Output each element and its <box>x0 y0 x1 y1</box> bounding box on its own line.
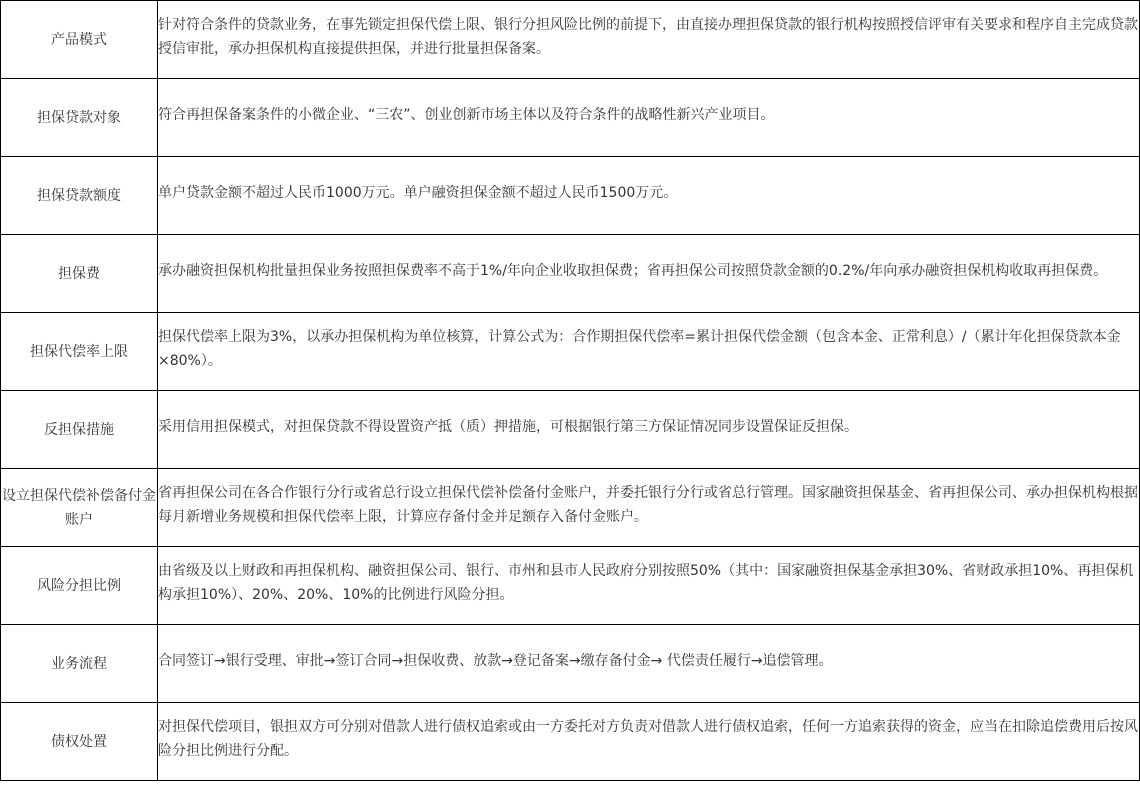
row-label: 担保费 <box>1 235 158 313</box>
row-content-text: 担保代偿率上限为3%，以承办担保机构为单位核算，计算公式为：合作期担保代偿率=累… <box>158 325 1139 379</box>
row-content: 针对符合条件的贷款业务，在事先锁定担保代偿上限、银行分担风险比例的前提下，由直接… <box>158 1 1140 79</box>
row-content-text: 采用信用担保模式，对担保贷款不得设置资产抵（质）押措施，可根据银行第三方保证情况… <box>158 415 1139 445</box>
row-content: 承办融资担保机构批量担保业务按照担保费率不高于1%/年向企业收取担保费；省再担保… <box>158 235 1140 313</box>
row-content-text: 单户贷款金额不超过人民币1000万元。单户融资担保金额不超过人民币1500万元。 <box>158 181 1139 211</box>
row-content: 担保代偿率上限为3%，以承办担保机构为单位核算，计算公式为：合作期担保代偿率=累… <box>158 313 1140 391</box>
row-content: 合同签订→银行受理、审批→签订合同→担保收费、放款→登记备案→缴存备付金→ 代偿… <box>158 625 1140 703</box>
row-content: 由省级及以上财政和再担保机构、融资担保公司、银行、市州和县市人民政府分别按照50… <box>158 547 1140 625</box>
row-content: 省再担保公司在各合作银行分行或省总行设立担保代偿补偿备付金账户，并委托银行分行或… <box>158 469 1140 547</box>
row-label: 担保贷款额度 <box>1 157 158 235</box>
row-content-text: 符合再担保备案条件的小微企业、“三农”、创业创新市场主体以及符合条件的战略性新兴… <box>158 103 1139 133</box>
row-content-text: 合同签订→银行受理、审批→签订合同→担保收费、放款→登记备案→缴存备付金→ 代偿… <box>158 649 1139 679</box>
row-content: 符合再担保备案条件的小微企业、“三农”、创业创新市场主体以及符合条件的战略性新兴… <box>158 79 1140 157</box>
row-content: 采用信用担保模式，对担保贷款不得设置资产抵（质）押措施，可根据银行第三方保证情况… <box>158 391 1140 469</box>
row-label: 反担保措施 <box>1 391 158 469</box>
row-label: 债权处置 <box>1 703 158 781</box>
row-content: 单户贷款金额不超过人民币1000万元。单户融资担保金额不超过人民币1500万元。 <box>158 157 1140 235</box>
table-row-loan-amount: 担保贷款额度 单户贷款金额不超过人民币1000万元。单户融资担保金额不超过人民币… <box>1 157 1140 235</box>
row-content-text: 省再担保公司在各合作银行分行或省总行设立担保代偿补偿备付金账户，并委托银行分行或… <box>158 481 1139 535</box>
row-content-text: 对担保代偿项目，银担双方可分别对借款人进行债权追索或由一方委托对方负责对借款人进… <box>158 715 1139 769</box>
row-label: 产品模式 <box>1 1 158 79</box>
table-row-business-process: 业务流程 合同签订→银行受理、审批→签订合同→担保收费、放款→登记备案→缴存备付… <box>1 625 1140 703</box>
row-content-text: 承办融资担保机构批量担保业务按照担保费率不高于1%/年向企业收取担保费；省再担保… <box>158 259 1139 289</box>
table-row-claim-disposal: 债权处置 对担保代偿项目，银担双方可分别对借款人进行债权追索或由一方委托对方负责… <box>1 703 1140 781</box>
table-row-reserve-account: 设立担保代偿补偿备付金账户 省再担保公司在各合作银行分行或省总行设立担保代偿补偿… <box>1 469 1140 547</box>
table-row-compensation-cap: 担保代偿率上限 担保代偿率上限为3%，以承办担保机构为单位核算，计算公式为：合作… <box>1 313 1140 391</box>
row-label: 设立担保代偿补偿备付金账户 <box>1 469 158 547</box>
table-row-guarantee-fee: 担保费 承办融资担保机构批量担保业务按照担保费率不高于1%/年向企业收取担保费；… <box>1 235 1140 313</box>
row-label: 担保代偿率上限 <box>1 313 158 391</box>
product-info-table: 产品模式 针对符合条件的贷款业务，在事先锁定担保代偿上限、银行分担风险比例的前提… <box>0 0 1140 781</box>
row-label: 风险分担比例 <box>1 547 158 625</box>
row-content-text: 针对符合条件的贷款业务，在事先锁定担保代偿上限、银行分担风险比例的前提下，由直接… <box>158 13 1139 67</box>
row-label: 担保贷款对象 <box>1 79 158 157</box>
row-label: 业务流程 <box>1 625 158 703</box>
table-row-counter-guarantee: 反担保措施 采用信用担保模式，对担保贷款不得设置资产抵（质）押措施，可根据银行第… <box>1 391 1140 469</box>
row-content-text: 由省级及以上财政和再担保机构、融资担保公司、银行、市州和县市人民政府分别按照50… <box>158 559 1139 613</box>
table-row-product-mode: 产品模式 针对符合条件的贷款业务，在事先锁定担保代偿上限、银行分担风险比例的前提… <box>1 1 1140 79</box>
table-row-loan-target: 担保贷款对象 符合再担保备案条件的小微企业、“三农”、创业创新市场主体以及符合条… <box>1 79 1140 157</box>
row-content: 对担保代偿项目，银担双方可分别对借款人进行债权追索或由一方委托对方负责对借款人进… <box>158 703 1140 781</box>
table-row-risk-sharing: 风险分担比例 由省级及以上财政和再担保机构、融资担保公司、银行、市州和县市人民政… <box>1 547 1140 625</box>
